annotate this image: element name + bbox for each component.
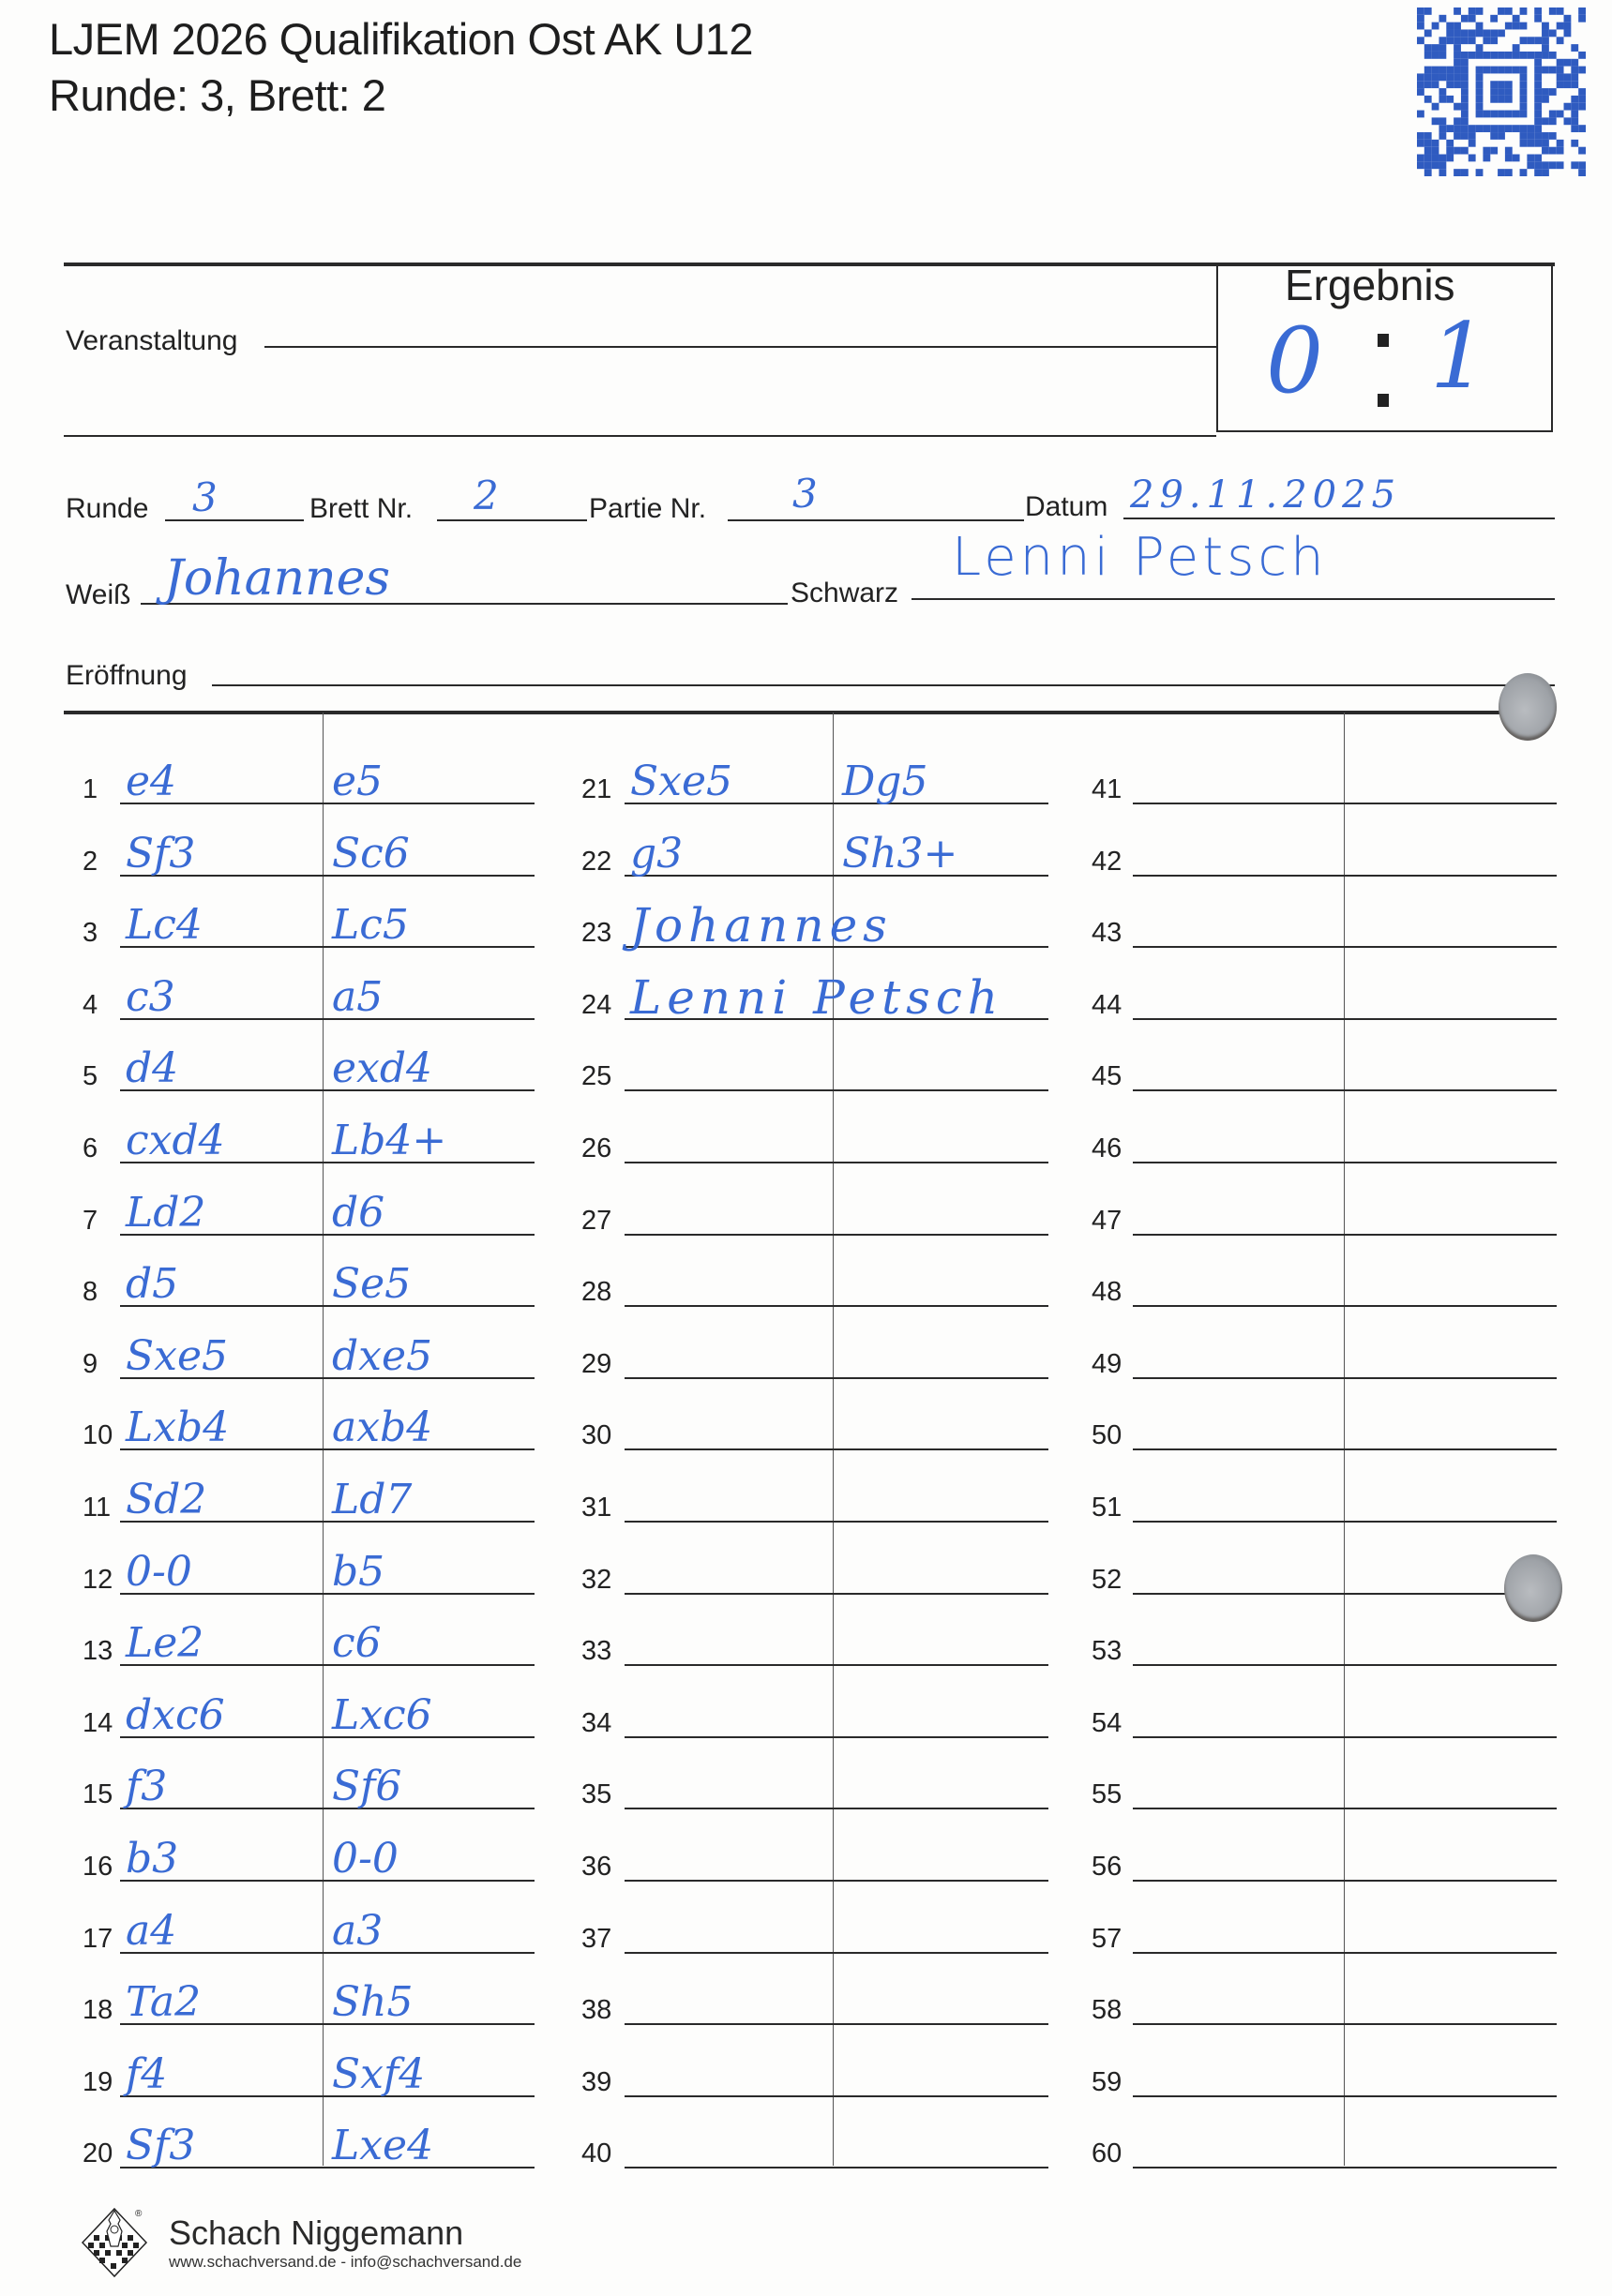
move-row-line bbox=[625, 1305, 1048, 1307]
white-move[interactable]: g3 bbox=[630, 832, 683, 877]
move-row-line bbox=[1133, 1305, 1557, 1307]
block-bottom-rule bbox=[64, 435, 1216, 437]
move-row-line bbox=[1133, 1521, 1557, 1523]
move-number: 3 bbox=[83, 918, 98, 948]
white-move[interactable]: a4 bbox=[126, 1909, 176, 1954]
aztec-code-icon bbox=[1417, 8, 1586, 176]
white-move[interactable]: f4 bbox=[126, 2052, 167, 2097]
black-move[interactable]: axb4 bbox=[332, 1405, 432, 1450]
move-row-line bbox=[120, 1808, 535, 1809]
black-move[interactable]: e5 bbox=[332, 759, 383, 804]
move-row-line bbox=[120, 1018, 535, 1020]
move-number: 13 bbox=[83, 1636, 113, 1666]
move-row-line bbox=[1133, 1018, 1557, 1020]
move-number: 16 bbox=[83, 1852, 113, 1882]
move-number: 11 bbox=[83, 1493, 111, 1523]
move-row-line bbox=[625, 1880, 1048, 1882]
move-number: 47 bbox=[1092, 1206, 1122, 1236]
move-number: 33 bbox=[581, 1636, 611, 1666]
white-move[interactable]: Lenni Petsch bbox=[630, 975, 1003, 1020]
move-row-line bbox=[625, 2167, 1048, 2168]
move-number: 42 bbox=[1092, 847, 1122, 877]
black-move[interactable]: Lxe4 bbox=[332, 2123, 433, 2168]
move-row-line bbox=[1133, 1593, 1557, 1595]
move-number: 38 bbox=[581, 1995, 611, 2025]
result-colon-top bbox=[1378, 334, 1389, 347]
brett-field[interactable] bbox=[437, 519, 587, 521]
footer-contact[interactable]: www.schachversand.de - info@schachversan… bbox=[169, 2253, 521, 2272]
weiss-value: Johannes bbox=[164, 557, 390, 600]
move-number: 58 bbox=[1092, 1995, 1122, 2025]
move-row-line bbox=[1133, 946, 1557, 948]
move-row-line bbox=[120, 1305, 535, 1307]
move-row-line bbox=[1133, 1089, 1557, 1091]
move-row-line bbox=[625, 1162, 1048, 1163]
white-move[interactable]: Le2 bbox=[126, 1621, 203, 1666]
move-number: 21 bbox=[581, 774, 611, 804]
veranstaltung-field[interactable] bbox=[264, 346, 1216, 348]
move-number: 53 bbox=[1092, 1636, 1122, 1666]
move-number: 27 bbox=[581, 1206, 611, 1236]
black-move[interactable]: Lb4+ bbox=[332, 1118, 446, 1163]
move-row-line bbox=[120, 1880, 535, 1882]
move-number: 7 bbox=[83, 1206, 98, 1236]
schwarz-value: Lenni Petsch bbox=[952, 536, 1328, 579]
move-row-line bbox=[120, 1089, 535, 1091]
move-number: 37 bbox=[581, 1924, 611, 1954]
black-move[interactable]: b5 bbox=[332, 1550, 384, 1595]
move-number: 2 bbox=[83, 847, 98, 877]
move-number: 17 bbox=[83, 1924, 113, 1954]
black-move[interactable]: Sc6 bbox=[332, 832, 410, 877]
black-move[interactable]: c6 bbox=[332, 1621, 382, 1666]
move-number: 28 bbox=[581, 1277, 611, 1307]
black-move[interactable]: 0-0 bbox=[332, 1837, 399, 1882]
move-row-line bbox=[1133, 1448, 1557, 1450]
black-move[interactable]: Sxf4 bbox=[332, 2052, 425, 2097]
partie-value: 3 bbox=[792, 473, 818, 516]
black-move[interactable]: Lc5 bbox=[332, 903, 409, 948]
move-row-line bbox=[625, 1521, 1048, 1523]
move-row-line bbox=[625, 875, 1048, 877]
move-row-line bbox=[120, 1952, 535, 1954]
move-number: 56 bbox=[1092, 1852, 1122, 1882]
move-row-line bbox=[1133, 2095, 1557, 2097]
svg-text:®: ® bbox=[135, 2209, 143, 2219]
black-move[interactable]: Lxc6 bbox=[332, 1693, 432, 1738]
move-row-line bbox=[1133, 1664, 1557, 1666]
move-number: 15 bbox=[83, 1779, 113, 1809]
move-number: 29 bbox=[581, 1349, 611, 1379]
black-move[interactable]: Dg5 bbox=[842, 759, 927, 804]
move-row-line bbox=[1133, 1808, 1557, 1809]
column-divider bbox=[323, 713, 324, 2166]
black-move[interactable]: Sh5 bbox=[332, 1980, 413, 2025]
move-number: 9 bbox=[83, 1349, 98, 1379]
white-move[interactable]: Sf3 bbox=[126, 832, 195, 877]
white-move[interactable]: f3 bbox=[126, 1764, 167, 1809]
datum-value: 29.11.2025 bbox=[1130, 473, 1401, 517]
white-move[interactable]: Sxe5 bbox=[630, 759, 732, 804]
move-number: 40 bbox=[581, 2138, 611, 2168]
move-row-line bbox=[625, 1089, 1048, 1091]
move-number: 23 bbox=[581, 918, 611, 948]
move-number: 60 bbox=[1092, 2138, 1122, 2168]
brett-label: Brett Nr. bbox=[309, 493, 413, 525]
move-number: 55 bbox=[1092, 1779, 1122, 1809]
move-row-line bbox=[625, 1808, 1048, 1809]
move-number: 57 bbox=[1092, 1924, 1122, 1954]
white-move[interactable]: dxc6 bbox=[126, 1693, 225, 1738]
black-move[interactable]: d6 bbox=[332, 1191, 384, 1236]
white-move[interactable]: d5 bbox=[126, 1262, 178, 1307]
move-row-line bbox=[625, 1952, 1048, 1954]
result-colon-bottom bbox=[1378, 394, 1389, 407]
move-number: 41 bbox=[1092, 774, 1122, 804]
move-row-line bbox=[625, 1664, 1048, 1666]
schwarz-label: Schwarz bbox=[791, 578, 898, 609]
black-move[interactable]: dxe5 bbox=[332, 1334, 432, 1379]
move-number: 44 bbox=[1092, 990, 1122, 1020]
eroeffnung-field[interactable] bbox=[212, 684, 1555, 686]
move-number: 4 bbox=[83, 990, 98, 1020]
move-number: 10 bbox=[83, 1420, 113, 1450]
move-row-line bbox=[1133, 803, 1557, 804]
white-move[interactable]: e4 bbox=[126, 759, 176, 804]
move-number: 43 bbox=[1092, 918, 1122, 948]
white-move[interactable]: b3 bbox=[126, 1837, 178, 1882]
move-number: 19 bbox=[83, 2067, 113, 2097]
move-number: 8 bbox=[83, 1277, 98, 1307]
move-number: 12 bbox=[83, 1565, 113, 1595]
white-move[interactable]: Lxb4 bbox=[126, 1405, 229, 1450]
black-move[interactable]: a5 bbox=[332, 975, 383, 1020]
result-white[interactable]: 0 bbox=[1266, 314, 1323, 408]
partie-field[interactable] bbox=[728, 519, 1024, 521]
move-number: 30 bbox=[581, 1420, 611, 1450]
black-move[interactable]: a3 bbox=[332, 1909, 383, 1954]
veranstaltung-label: Veranstaltung bbox=[66, 325, 237, 357]
move-row-line bbox=[625, 1234, 1048, 1236]
move-number: 54 bbox=[1092, 1708, 1122, 1738]
white-move[interactable]: Ld2 bbox=[126, 1191, 205, 1236]
move-row-line bbox=[625, 1736, 1048, 1738]
white-move[interactable]: cxd4 bbox=[126, 1118, 225, 1163]
table-top-rule bbox=[64, 711, 1555, 714]
column-divider bbox=[1344, 713, 1345, 2166]
move-number: 6 bbox=[83, 1133, 98, 1163]
chess-king-logo-icon: ® bbox=[79, 2203, 150, 2278]
white-move[interactable]: d4 bbox=[126, 1046, 178, 1091]
brett-value: 2 bbox=[474, 474, 499, 518]
white-move[interactable]: Ta2 bbox=[126, 1980, 201, 2025]
move-row-line bbox=[1133, 1736, 1557, 1738]
move-row-line bbox=[1133, 1162, 1557, 1163]
move-number: 51 bbox=[1092, 1493, 1122, 1523]
move-row-line bbox=[1133, 2167, 1557, 2168]
move-row-line bbox=[625, 1593, 1048, 1595]
move-number: 1 bbox=[83, 774, 98, 804]
partie-label: Partie Nr. bbox=[589, 493, 706, 525]
black-move[interactable]: exd4 bbox=[332, 1046, 432, 1091]
punch-hole-top bbox=[1499, 673, 1557, 741]
white-move[interactable]: Sd2 bbox=[126, 1478, 206, 1523]
black-move[interactable]: Se5 bbox=[332, 1262, 411, 1307]
move-number: 34 bbox=[581, 1708, 611, 1738]
move-row-line bbox=[625, 1377, 1048, 1379]
white-move[interactable]: Sxe5 bbox=[126, 1334, 228, 1379]
move-row-line bbox=[1133, 875, 1557, 877]
move-number: 52 bbox=[1092, 1565, 1122, 1595]
black-move[interactable]: Sf6 bbox=[332, 1764, 401, 1809]
white-move[interactable]: Lc4 bbox=[126, 903, 203, 948]
move-row-line bbox=[120, 2095, 535, 2097]
move-number: 49 bbox=[1092, 1349, 1122, 1379]
move-number: 18 bbox=[83, 1995, 113, 2025]
datum-label: Datum bbox=[1025, 491, 1107, 523]
punch-hole-bottom bbox=[1504, 1554, 1562, 1622]
move-row-line bbox=[625, 2023, 1048, 2025]
move-number: 14 bbox=[83, 1708, 113, 1738]
move-number: 20 bbox=[83, 2138, 113, 2168]
move-number: 5 bbox=[83, 1061, 98, 1091]
runde-value: 3 bbox=[192, 476, 218, 519]
white-move[interactable]: Johannes bbox=[630, 903, 893, 948]
runde-field[interactable] bbox=[165, 519, 304, 521]
schwarz-field[interactable] bbox=[911, 598, 1555, 600]
move-row-line bbox=[120, 803, 535, 804]
datum-field[interactable] bbox=[1123, 518, 1555, 519]
white-move[interactable]: 0-0 bbox=[126, 1550, 192, 1595]
move-row-line bbox=[625, 1448, 1048, 1450]
move-number: 35 bbox=[581, 1779, 611, 1809]
move-row-line bbox=[1133, 1880, 1557, 1882]
move-number: 46 bbox=[1092, 1133, 1122, 1163]
move-number: 59 bbox=[1092, 2067, 1122, 2097]
black-move[interactable]: Ld7 bbox=[332, 1478, 412, 1523]
footer-brand: Schach Niggemann bbox=[169, 2214, 463, 2252]
move-number: 26 bbox=[581, 1133, 611, 1163]
move-number: 48 bbox=[1092, 1277, 1122, 1307]
round-board-subtitle: Runde: 3, Brett: 2 bbox=[49, 69, 385, 122]
move-number: 39 bbox=[581, 2067, 611, 2097]
result-black[interactable]: 1 bbox=[1430, 309, 1487, 403]
eroeffnung-label: Eröffnung bbox=[66, 660, 188, 692]
move-row-line bbox=[1133, 1377, 1557, 1379]
runde-label: Runde bbox=[66, 493, 148, 525]
move-row-line bbox=[1133, 2023, 1557, 2025]
weiss-label: Weiß bbox=[66, 579, 130, 611]
move-number: 22 bbox=[581, 847, 611, 877]
move-number: 31 bbox=[581, 1493, 611, 1523]
move-number: 36 bbox=[581, 1852, 611, 1882]
move-row-line bbox=[1133, 1952, 1557, 1954]
white-move[interactable]: c3 bbox=[126, 975, 175, 1020]
black-move[interactable]: Sh3+ bbox=[842, 832, 957, 877]
page-title: LJEM 2026 Qualifikation Ost AK U12 bbox=[49, 13, 753, 66]
move-number: 50 bbox=[1092, 1420, 1122, 1450]
move-number: 25 bbox=[581, 1061, 611, 1091]
move-row-line bbox=[625, 2095, 1048, 2097]
move-number: 32 bbox=[581, 1565, 611, 1595]
move-number: 45 bbox=[1092, 1061, 1122, 1091]
white-move[interactable]: Sf3 bbox=[126, 2123, 195, 2168]
move-number: 24 bbox=[581, 990, 611, 1020]
move-row-line bbox=[1133, 1234, 1557, 1236]
